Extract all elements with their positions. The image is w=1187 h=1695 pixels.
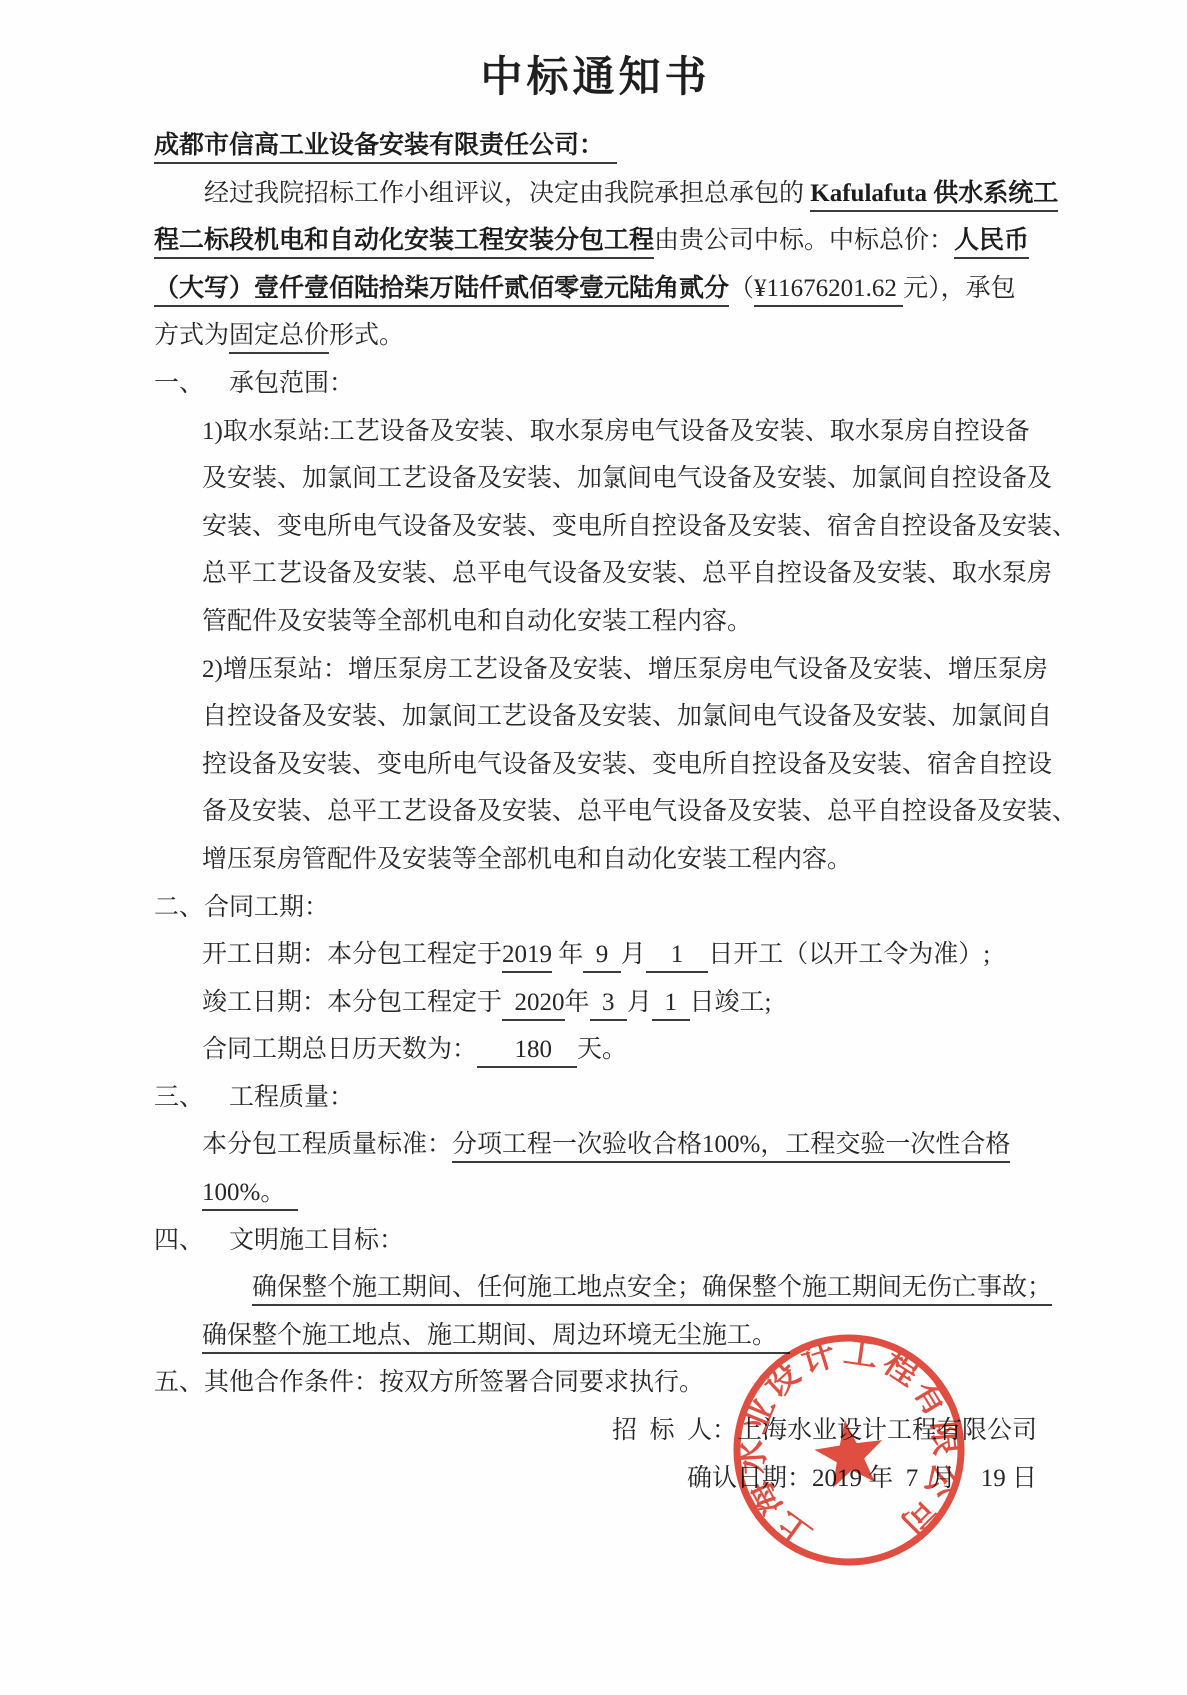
text-line: 本分包工程质量标准：分项工程一次验收合格100%，工程交验一次性合格	[202, 1121, 1037, 1169]
intro-paragraph: 经过我院招标工作小组评议，决定由我院承担总承包的 Kafulafuta 供水系统…	[154, 170, 1037, 360]
text-segment: 安装、变电所电气设备及安装、变电所自控设备及安装、宿舍自控设备及安装、	[202, 513, 1077, 540]
start-day: 1	[646, 941, 709, 973]
text-line: 安装、变电所电气设备及安装、变电所自控设备及安装、宿舍自控设备及安装、	[202, 503, 1037, 551]
section-3-heading: 三、 工程质量：	[154, 1074, 1037, 1122]
text-segment: 控设备及安装、变电所电气设备及安装、变电所自控设备及安装、宿舍自控设	[202, 751, 1052, 778]
text-line: 控设备及安装、变电所电气设备及安装、变电所自控设备及安装、宿舍自控设	[202, 741, 1037, 789]
section-3-title: 三、 工程质量：	[154, 1084, 354, 1111]
signature-block: 招 标 人：上海水业设计工程有限公司确认日期：2019 年 7 月 19 日	[154, 1407, 1037, 1502]
addressee-company-name: 成都市信高工业设备安装有限责任公司：	[154, 132, 617, 164]
contract-pricing-type: 固定总价	[229, 322, 329, 354]
text-line: 成都市信高工业设备安装有限责任公司：	[154, 122, 1037, 170]
section-1-heading: 一、 承包范围：	[154, 360, 1037, 408]
quality-standard-cont: 100%。	[202, 1179, 298, 1211]
tenderee-name: 招 标 人：上海水业设计工程有限公司	[612, 1417, 1037, 1444]
quality-paragraph: 本分包工程质量标准：分项工程一次验收合格100%，工程交验一次性合格100%。	[202, 1121, 1037, 1216]
text-line: 经过我院招标工作小组评议，决定由我院承担总承包的 Kafulafuta 供水系统…	[154, 170, 1037, 218]
contract-period-lines: 开工日期：本分包工程定于2019 年 9 月 1 日开工（以开工令为准）;竣工日…	[202, 931, 1037, 1074]
start-month: 9	[583, 941, 621, 973]
text-line: 增压泵房管配件及安装等全部机电和自动化安装工程内容。	[202, 836, 1037, 884]
text-segment: 日开工（以开工令为准）;	[708, 941, 990, 968]
text-segment: 增压泵房管配件及安装等全部机电和自动化安装工程内容。	[202, 846, 852, 873]
text-line: 自控设备及安装、加氯间工艺设备及安装、加氯间电气设备及安装、加氯间自	[202, 693, 1037, 741]
text-segment: （	[729, 275, 754, 302]
total-calendar-days: 180	[477, 1036, 577, 1068]
section-2-heading: 二、合同工期：	[154, 884, 1037, 932]
text-line: 1)取水泵站:工艺设备及安装、取水泵房电气设备及安装、取水泵房自控设备	[202, 408, 1037, 456]
text-line: 2)增压泵站：增压泵房工艺设备及安装、增压泵房电气设备及安装、增压泵房	[202, 646, 1037, 694]
text-line: 一、 承包范围：	[154, 360, 1037, 408]
text-segment: 管配件及安装等全部机电和自动化安装工程内容。	[202, 608, 752, 635]
text-segment: 月	[627, 989, 652, 1016]
text-line: 确保整个施工地点、施工期间、周边环境无尘施工。	[202, 1312, 1037, 1360]
section-5-line-block: 五、其他合作条件：按双方所签署合同要求执行。	[154, 1359, 1037, 1407]
text-line: 确保整个施工期间、任何施工地点安全；确保整个施工期间无伤亡事故；	[202, 1264, 1037, 1312]
amount-numeric: ¥11676201.62	[754, 275, 903, 307]
text-line: 确认日期：2019 年 7 月 19 日	[154, 1455, 1037, 1503]
end-year: 2020	[502, 989, 565, 1021]
text-segment: 及安装、加氯间工艺设备及安装、加氯间电气设备及安装、加氯间自控设备及	[202, 465, 1052, 492]
text-segment: 自控设备及安装、加氯间工艺设备及安装、加氯间电气设备及安装、加氯间自	[202, 703, 1052, 730]
scanned-document-page: 中标通知书 成都市信高工业设备安装有限责任公司： 经过我院招标工作小组评议，决定…	[0, 0, 1187, 1695]
text-line: （大写）壹仟壹佰陆拾柒万陆仟贰佰零壹元陆角贰分（¥11676201.62 元），…	[154, 265, 1037, 313]
text-segment: 备及安装、总平工艺设备及安装、总平电气设备及安装、总平自控设备及安装、	[202, 798, 1077, 825]
section-5-line: 五、其他合作条件：按双方所签署合同要求执行。	[154, 1369, 704, 1396]
addressee-line: 成都市信高工业设备安装有限责任公司：	[154, 122, 1037, 170]
text-segment: 天。	[577, 1036, 627, 1063]
text-line: 五、其他合作条件：按双方所签署合同要求执行。	[154, 1359, 1037, 1407]
end-day: 1	[652, 989, 690, 1021]
text-line: 备及安装、总平工艺设备及安装、总平电气设备及安装、总平自控设备及安装、	[202, 788, 1037, 836]
text-segment: 日竣工;	[690, 989, 772, 1016]
text-line: 二、合同工期：	[154, 884, 1037, 932]
text-line: 程二标段机电和自动化安装工程安装分包工程由贵公司中标。中标总价：人民币	[154, 217, 1037, 265]
section-4-title: 四、 文明施工目标：	[154, 1227, 404, 1254]
text-line: 开工日期：本分包工程定于2019 年 9 月 1 日开工（以开工令为准）;	[202, 931, 1037, 979]
text-segment: 合同工期总日历天数为：	[202, 1036, 477, 1063]
scope-item-booster-pump-station: 2)增压泵站：增压泵房工艺设备及安装、增压泵房电气设备及安装、增压泵房自控设备及…	[202, 646, 1037, 884]
section-1-title: 一、 承包范围：	[154, 370, 354, 397]
document-title: 中标通知书	[154, 48, 1037, 108]
document-content: 中标通知书 成都市信高工业设备安装有限责任公司： 经过我院招标工作小组评议，决定…	[154, 48, 1037, 1502]
start-year: 2019	[502, 941, 552, 973]
text-segment: 月	[621, 941, 646, 968]
quality-standard: 分项工程一次验收合格100%，工程交验一次性合格	[452, 1131, 1010, 1163]
confirmation-date: 确认日期：2019 年 7 月 19 日	[687, 1465, 1037, 1492]
text-line: 100%。	[202, 1169, 1037, 1217]
text-segment: 形式。	[329, 322, 404, 349]
civilized-construction-paragraph: 确保整个施工期间、任何施工地点安全；确保整个施工期间无伤亡事故；确保整个施工地点…	[202, 1264, 1037, 1359]
text-segment: 年	[552, 941, 583, 968]
text-line: 四、 文明施工目标：	[154, 1217, 1037, 1265]
project-name-part2: 程二标段机电和自动化安装工程安装分包工程	[154, 227, 654, 259]
text-segment: 竣工日期：本分包工程定于	[202, 989, 502, 1016]
text-segment: 由贵公司中标。中标总价：	[654, 227, 954, 254]
text-segment: 年	[565, 989, 590, 1016]
scope-item-intake-pump-station: 1)取水泵站:工艺设备及安装、取水泵房电气设备及安装、取水泵房自控设备及安装、加…	[202, 408, 1037, 646]
text-line: 方式为固定总价形式。	[154, 312, 1037, 360]
amount-in-words: （大写）壹仟壹佰陆拾柒万陆仟贰佰零壹元陆角贰分	[154, 275, 729, 307]
text-segment: 确保整个施工地点、施工期间、周边环境无尘施工。	[202, 1322, 790, 1354]
text-segment: 2)增压泵站：增压泵房工艺设备及安装、增压泵房电气设备及安装、增压泵房	[202, 656, 1048, 683]
text-segment: 经过我院招标工作小组评议，决定由我院承担总承包的	[204, 180, 810, 207]
text-segment: 开工日期：本分包工程定于	[202, 941, 502, 968]
text-line: 招 标 人：上海水业设计工程有限公司	[154, 1407, 1037, 1455]
section-2-title: 二、合同工期：	[154, 894, 329, 921]
text-segment: 元），承包	[903, 275, 1016, 302]
project-name-part1: Kafulafuta 供水系统工	[810, 180, 1058, 212]
text-segment: 本分包工程质量标准：	[202, 1131, 452, 1158]
text-segment: 确保整个施工期间、任何施工地点安全；确保整个施工期间无伤亡事故；	[252, 1274, 1052, 1306]
text-line: 总平工艺设备及安装、总平电气设备及安装、总平自控设备及安装、取水泵房	[202, 550, 1037, 598]
text-line: 合同工期总日历天数为： 180 天。	[202, 1026, 1037, 1074]
currency-label: 人民币	[954, 227, 1029, 259]
text-line: 竣工日期：本分包工程定于 2020年 3 月 1 日竣工;	[202, 979, 1037, 1027]
text-line: 及安装、加氯间工艺设备及安装、加氯间电气设备及安装、加氯间自控设备及	[202, 455, 1037, 503]
section-4-heading: 四、 文明施工目标：	[154, 1217, 1037, 1265]
end-month: 3	[590, 989, 628, 1021]
text-line: 三、 工程质量：	[154, 1074, 1037, 1122]
text-line: 管配件及安装等全部机电和自动化安装工程内容。	[202, 598, 1037, 646]
text-segment: 1)取水泵站:工艺设备及安装、取水泵房电气设备及安装、取水泵房自控设备	[202, 418, 1030, 445]
text-segment: 方式为	[154, 322, 229, 349]
text-segment: 总平工艺设备及安装、总平电气设备及安装、总平自控设备及安装、取水泵房	[202, 560, 1052, 587]
